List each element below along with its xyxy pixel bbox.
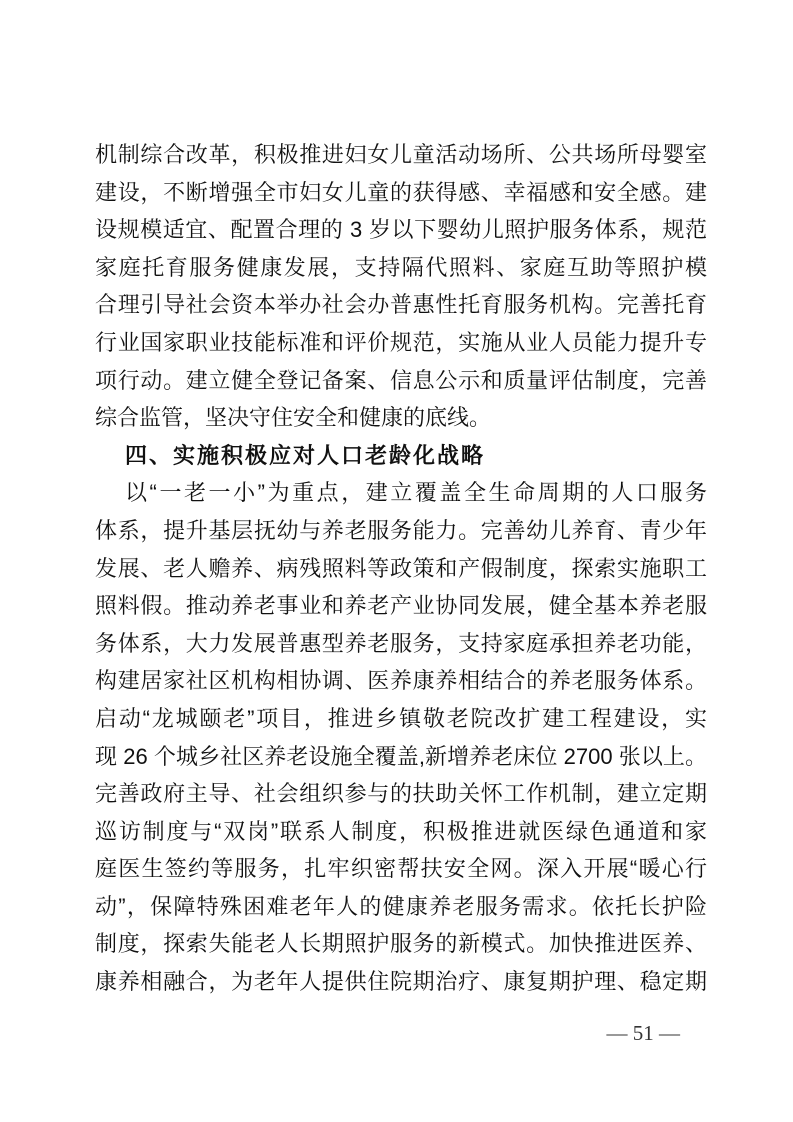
body-text-line: 完善政府主导、社会组织参与的扶助关怀工作机制，建立定期 [95,775,707,813]
body-text-line: 合理引导社会资本举办社会办普惠性托育服务机构。完善托育 [95,286,707,324]
document-page: { "page": { "footer": { "display": "— 51… [0,0,793,1122]
body-text-line: 发展、老人赡养、病残照料等政策和产假制度，探索实施职工 [95,550,707,588]
body-text-line: 体系，提升基层抚幼与养老服务能力。完善幼儿养育、青少年 [95,512,707,550]
body-text-line: 机制综合改革，积极推进妇女儿童活动场所、公共场所母婴室 [95,136,707,174]
body-text-line: 务体系，大力发展普惠型养老服务，支持家庭承担养老功能， [95,625,707,663]
body-text-line: 照料假。推动养老事业和养老产业协同发展，健全基本养老服 [95,587,707,625]
body-text-line: 康养相融合，为老年人提供住院期治疗、康复期护理、稳定期 [95,963,707,1001]
body-text-line: 动”，保障特殊困难老年人的健康养老服务需求。依托长护险 [95,888,707,926]
body-text-line: 现 26 个城乡社区养老设施全覆盖,新增养老床位 2700 张以上。 [95,738,707,776]
body-text-line: 设规模适宜、配置合理的 3 岁以下婴幼儿照护服务体系，规范 [95,211,707,249]
page-number: — 51 — [607,1020,681,1046]
body-text-line: 家庭托育服务健康发展，支持隔代照料、家庭互助等照护模式。 [95,249,707,287]
body-text-line: 综合监管，坚决守住安全和健康的底线。 [95,399,707,437]
section-heading: 四、实施积极应对人口老龄化战略 [95,437,707,475]
body-text-line: 以“一老一小”为重点，建立覆盖全生命周期的人口服务 [95,474,707,512]
body-text-line: 行业国家职业技能标准和评价规范，实施从业人员能力提升专 [95,324,707,362]
page-number-text: — 51 — [607,1021,681,1045]
body-text-line: 建设，不断增强全市妇女儿童的获得感、幸福感和安全感。建 [95,174,707,212]
body-text-line: 制度，探索失能老人长期照护服务的新模式。加快推进医养、 [95,925,707,963]
body-text-line: 项行动。建立健全登记备案、信息公示和质量评估制度，完善 [95,362,707,400]
document-body: 机制综合改革，积极推进妇女儿童活动场所、公共场所母婴室建设，不断增强全市妇女儿童… [95,136,707,1001]
body-text-line: 巡访制度与“双岗”联系人制度，积极推进就医绿色通道和家 [95,813,707,851]
body-text-line: 庭医生签约等服务，扎牢织密帮扶安全网。深入开展“暖心行 [95,850,707,888]
body-text-line: 启动“龙城颐老”项目，推进乡镇敬老院改扩建工程建设，实 [95,700,707,738]
body-text-line: 构建居家社区机构相协调、医养康养相结合的养老服务体系。 [95,662,707,700]
